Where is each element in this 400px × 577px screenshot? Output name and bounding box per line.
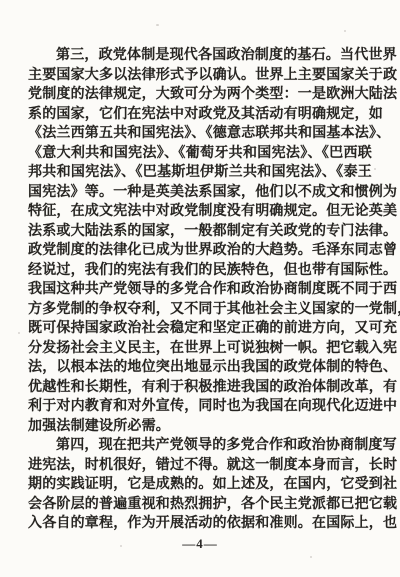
text-line: 入各自的章程，作为开展活动的依据和准则。在国际上，也 bbox=[28, 514, 372, 534]
text-line: 法系或大陆法系的国家，一般都制定有关政党的专门法律。 bbox=[28, 222, 372, 242]
scan-speck bbox=[374, 168, 376, 170]
text-line: 方多党制的争权夺利，又不同于其他社会主义国家的一党制， bbox=[28, 300, 372, 320]
text-line: 既可保持国家政治社会稳定和坚定正确的前进方向，又可充 bbox=[28, 319, 372, 339]
text-line: 加强法制建设所必需。 bbox=[28, 417, 372, 437]
text-line: 经说过，我们的宪法有我们的民族特色，但也带有国际性。 bbox=[28, 261, 372, 281]
text-line: 优越性和长期性，有利于积极推进我国的政治体制改革，有 bbox=[28, 378, 372, 398]
text-line: 进宪法，时机很好，错过不得。就这一制度本身而言，长时 bbox=[28, 456, 372, 476]
text-line: 政党制度的法律化已成为世界政治的大趋势。毛泽东同志曾 bbox=[28, 241, 372, 261]
text-line: 党制度的法律规定，大致可分为两个类型：一是欧洲大陆法 bbox=[28, 85, 372, 105]
text-line: 期的实践证明，它是成熟的。如上述及，在国内，它受到社 bbox=[28, 475, 372, 495]
document-body-text: 第三，政党体制是现代各国政治制度的基石。当代世界 主要国家大多以法律形式予以确认… bbox=[28, 46, 372, 534]
text-line: 第四，现在把共产党领导的多党合作和政治协商制度写 bbox=[28, 436, 372, 456]
text-line: 国宪法》等。一种是英美法系国家，他们以不成文和惯例为 bbox=[28, 183, 372, 203]
scan-speck bbox=[156, 24, 159, 26]
text-line: 我国这种共产党领导的多党合作和政治协商制度既不同于西 bbox=[28, 280, 372, 300]
text-line: 法，以根本法的地位突出地显示出我国的政党体制的特色、 bbox=[28, 358, 372, 378]
scanned-document-page: 第三，政党体制是现代各国政治制度的基石。当代世界 主要国家大多以法律形式予以确认… bbox=[0, 0, 400, 577]
text-line: 分发扬社会主义民主，在世界上可说独树一帜。把它载入宪 bbox=[28, 339, 372, 359]
scan-speck bbox=[18, 332, 20, 334]
text-line: 《意大利共和国宪法》、《葡萄牙共和国宪法》、《巴西联 bbox=[28, 144, 372, 164]
text-line: 邦共和国宪法》、《巴基斯坦伊斯兰共和国宪法》、《泰王 bbox=[28, 163, 372, 183]
scan-speck bbox=[344, 30, 346, 32]
text-line: 特征，在成文宪法中对政党制度没有明确规定。但无论英美 bbox=[28, 202, 372, 222]
text-line: 第三，政党体制是现代各国政治制度的基石。当代世界 bbox=[28, 46, 372, 66]
text-line: 《法兰西第五共和国宪法》、《德意志联邦共和国基本法》、 bbox=[28, 124, 372, 144]
text-line: 系的国家，它们在宪法中对政党及其活动有明确规定，如 bbox=[28, 105, 372, 125]
text-line: 主要国家大多以法律形式予以确认。世界上主要国家关于政 bbox=[28, 66, 372, 86]
text-line: 会各阶层的普遍重视和热烈拥护，各个民主党派都已把它载 bbox=[28, 495, 372, 515]
text-line: 利于对内教育和对外宣传，同时也为我国在向现代化迈进中 bbox=[28, 397, 372, 417]
page-number: —4— bbox=[0, 536, 400, 552]
scan-speck bbox=[310, 556, 312, 558]
